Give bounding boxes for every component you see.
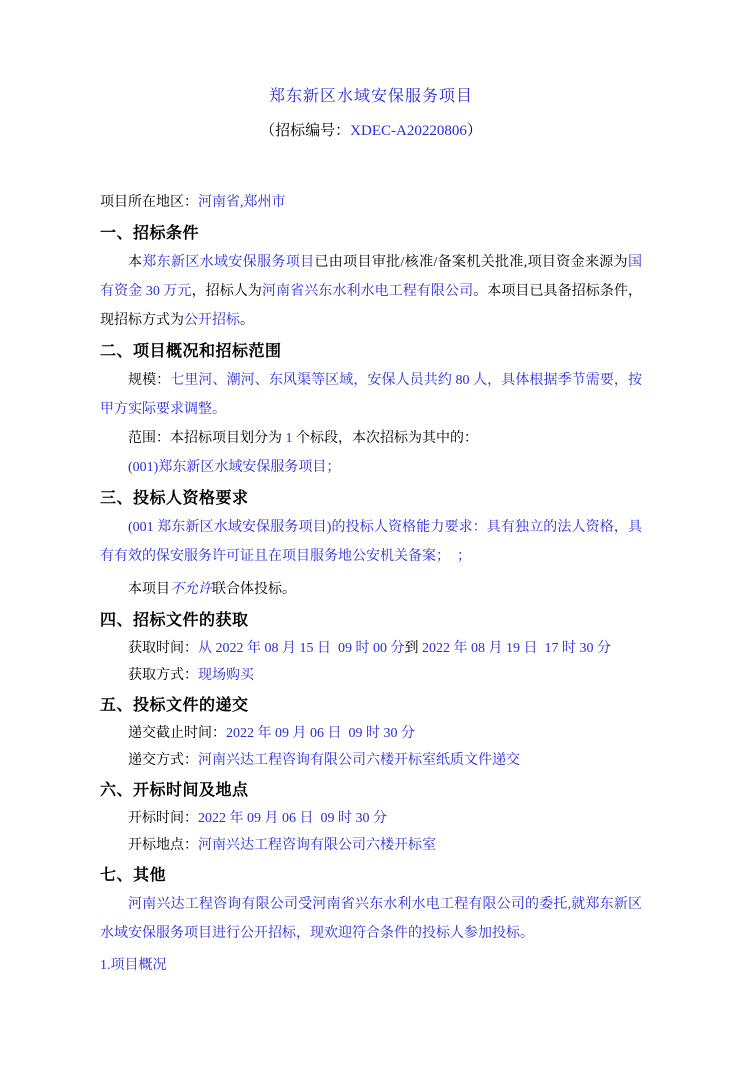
text-run: 2022 年 08 月 19 日 17 时 30 分 <box>419 641 612 656</box>
item-opening-time: 开标时间：2022 年 09 月 06 日 09 时 30 分 <box>100 805 642 832</box>
item-submission-method: 递交方式：河南兴达工程咨询有限公司六楼开标室纸质文件递交 <box>100 747 642 774</box>
paragraph-lot-001: (001)郑东新区水域安保服务项目； <box>100 453 642 482</box>
text-run: 开标地点： <box>128 838 198 853</box>
text-run: 本项目 <box>128 582 170 597</box>
paragraph-entrustment: 河南兴达工程咨询有限公司受河南省兴东水利水电工程有限公司的委托,就郑东新区水域安… <box>100 890 642 948</box>
text-run: 现场购买 <box>198 668 254 683</box>
document-content: 郑东新区水域安保服务项目 （招标编号：XDEC-A20220806） 项目所在地… <box>100 0 642 980</box>
paragraph-scale: 规模：七里河、潮河、东风渠等区域，安保人员共约 80 人，具体根据季节需要，按甲… <box>100 366 642 424</box>
text-run: 1.项目概况 <box>100 958 167 973</box>
text-run: ，招标人为 <box>192 284 262 299</box>
text-run: 河南省,郑州市 <box>198 195 286 210</box>
text-run: (001)郑东新区水域安保服务项目； <box>128 460 340 475</box>
section-heading-bid-opening: 六、开标时间及地点 <box>100 776 642 805</box>
text-run: 范围：本招标项目划分为 <box>128 431 286 446</box>
section-heading-tender-conditions: 一、招标条件 <box>100 219 642 248</box>
text-run: 本 <box>128 255 142 270</box>
text-run: 到 <box>405 641 419 656</box>
text-run: 从 2022 年 08 月 15 日 09 时 00 分 <box>198 641 405 656</box>
text-run: ） <box>467 123 482 139</box>
text-run: 项目所在地区： <box>100 195 198 210</box>
text-run: 联合体投标。 <box>212 582 296 597</box>
tender-number-line: （招标编号：XDEC-A20220806） <box>100 120 642 142</box>
text-run: 1 <box>286 431 293 446</box>
section-heading-project-overview: 二、项目概况和招标范围 <box>100 337 642 366</box>
item-acquisition-time: 获取时间：从 2022 年 08 月 15 日 09 时 00 分到 2022 … <box>100 635 642 662</box>
text-run: 公开招标 <box>184 313 240 328</box>
text-run: 递交方式： <box>128 753 198 768</box>
document-page: 郑东新区水域安保服务项目 （招标编号：XDEC-A20220806） 项目所在地… <box>0 0 740 1069</box>
text-run: 河南兴达工程咨询有限公司六楼开标室纸质文件递交 <box>198 753 520 768</box>
section-heading-bidder-qualification: 三、投标人资格要求 <box>100 484 642 513</box>
section-heading-document-acquisition: 四、招标文件的获取 <box>100 606 642 635</box>
text-run: 个标段，本次招标为其中的： <box>293 431 479 446</box>
text-run: 河南兴达工程咨询有限公司六楼开标室 <box>198 838 436 853</box>
text-run: 已由项目审批/核准/备案机关批准,项目资金来源为 <box>314 255 628 270</box>
text-run: XDEC-A20220806 <box>350 123 467 139</box>
text-run: 。 <box>240 313 254 328</box>
paragraph-scope: 范围：本招标项目划分为 1 个标段，本次招标为其中的： <box>100 424 642 453</box>
text-run: 不允许 <box>170 582 212 597</box>
item-opening-location: 开标地点：河南兴达工程咨询有限公司六楼开标室 <box>100 832 642 859</box>
text-run: 2022 年 09 月 06 日 09 时 30 分 <box>226 726 415 741</box>
text-run: 河南兴达工程咨询有限公司受河南省兴东水利水电工程有限公司的委托,就郑东新区水域安… <box>100 897 642 941</box>
text-run: (001 郑东新区水域安保服务项目)的投标人资格能力要求：具有独立的法人资格，具… <box>100 520 642 564</box>
section-heading-bid-submission: 五、投标文件的递交 <box>100 691 642 720</box>
text-run: 郑东新区水域安保服务项目 <box>142 255 314 270</box>
text-run: 获取时间： <box>128 641 198 656</box>
item-acquisition-method: 获取方式：现场购买 <box>100 662 642 689</box>
text-run: 获取方式： <box>128 668 198 683</box>
text-run: 郑东新区水域安保服务项目 <box>269 88 473 105</box>
project-location-line: 项目所在地区：河南省,郑州市 <box>100 189 642 217</box>
text-run: （招标编号： <box>260 123 350 139</box>
text-run: 开标时间： <box>128 811 198 826</box>
text-run: 河南省兴东水利水电工程有限公司 <box>262 284 473 299</box>
paragraph-tender-conditions: 本郑东新区水域安保服务项目已由项目审批/核准/备案机关批准,项目资金来源为国有资… <box>100 248 642 335</box>
text-run: 2022 年 09 月 06 日 09 时 30 分 <box>198 811 387 826</box>
document-title: 郑东新区水域安保服务项目 <box>100 86 642 108</box>
section-heading-others: 七、其他 <box>100 861 642 890</box>
text-run: 七里河、潮河、东风渠等区域，安保人员共约 80 人，具体根据季节需要，按甲方实际… <box>100 373 642 417</box>
paragraph-consortium-rule: 本项目不允许联合体投标。 <box>100 575 642 604</box>
item-submission-deadline: 递交截止时间：2022 年 09 月 06 日 09 时 30 分 <box>100 720 642 747</box>
text-run: 规模： <box>128 373 170 388</box>
text-run: 递交截止时间： <box>128 726 226 741</box>
paragraph-qualification-requirements: (001 郑东新区水域安保服务项目)的投标人资格能力要求：具有独立的法人资格，具… <box>100 513 642 571</box>
footer-project-overview-label: 1.项目概况 <box>100 951 642 980</box>
